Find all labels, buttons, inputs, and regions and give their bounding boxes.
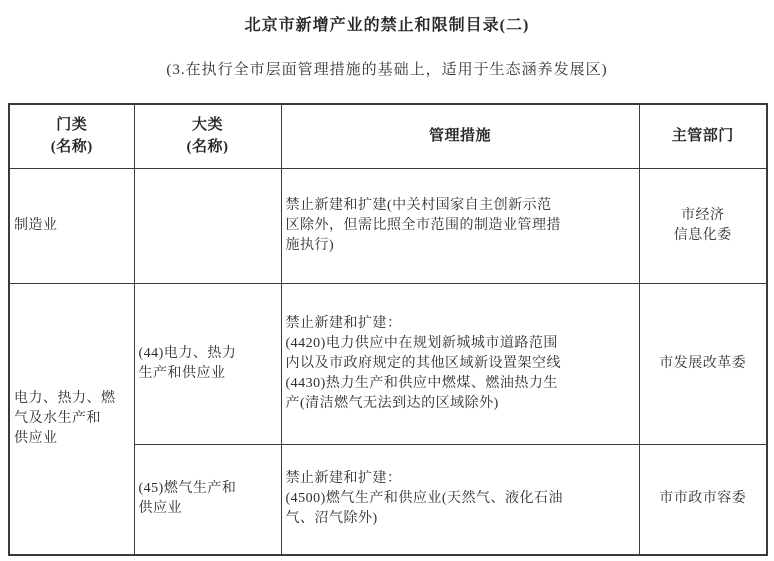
catalog-table: 门类 (名称) 大类 (名称) 管理措施 主管部门 制造业 禁止新建和扩建(中关… — [8, 103, 768, 556]
header-category: 门类 (名称) — [9, 104, 134, 168]
cell-department-economy-info: 市经济 信息化委 — [639, 168, 767, 283]
table-header-row: 门类 (名称) 大类 (名称) 管理措施 主管部门 — [9, 104, 767, 168]
cell-department-municipal-administration: 市市政市容委 — [639, 444, 767, 555]
cell-category-manufacturing: 制造业 — [9, 168, 134, 283]
document-title: 北京市新增产业的禁止和限制目录(二) — [0, 12, 774, 35]
header-subcategory: 大类 (名称) — [134, 104, 281, 168]
header-measures: 管理措施 — [281, 104, 639, 168]
table-row-power-heat: 电力、热力、燃 气及水生产和 供应业 (44)电力、热力 生产和供应业 禁止新建… — [9, 283, 767, 444]
cell-measures-manufacturing: 禁止新建和扩建(中关村国家自主创新示范 区除外，但需比照全市范围的制造业管理措 … — [281, 168, 639, 283]
document-subtitle: (3.在执行全市层面管理措施的基础上，适用于生态涵养发展区) — [0, 58, 774, 79]
cell-measures-gas: 禁止新建和扩建： (4500)燃气生产和供应业(天然气、液化石油 气、沼气除外) — [281, 444, 639, 555]
document-page: 北京市新增产业的禁止和限制目录(二) (3.在执行全市层面管理措施的基础上，适用… — [0, 0, 774, 561]
table-row-manufacturing: 制造业 禁止新建和扩建(中关村国家自主创新示范 区除外，但需比照全市范围的制造业… — [9, 168, 767, 283]
cell-category-utilities: 电力、热力、燃 气及水生产和 供应业 — [9, 283, 134, 555]
header-department: 主管部门 — [639, 104, 767, 168]
cell-subcategory-power-heat: (44)电力、热力 生产和供应业 — [134, 283, 281, 444]
cell-department-development-reform: 市发展改革委 — [639, 283, 767, 444]
cell-measures-power-heat: 禁止新建和扩建： (4420)电力供应中在规划新城城市道路范围 内以及市政府规定… — [281, 283, 639, 444]
cell-subcategory-gas: (45)燃气生产和 供应业 — [134, 444, 281, 555]
cell-subcategory-empty — [134, 168, 281, 283]
